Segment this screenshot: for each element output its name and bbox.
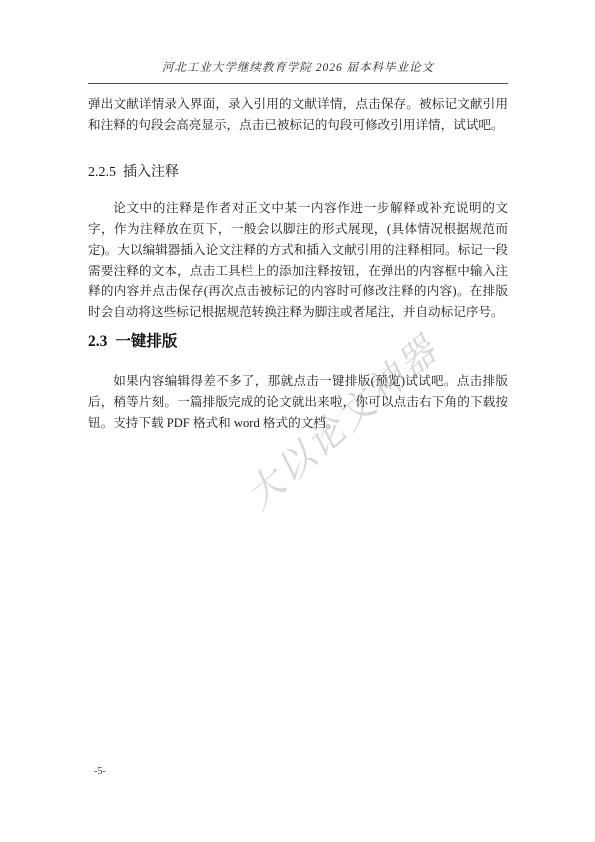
- document-page: 大以论文神器 河北工业大学继续教育学院 2026 届本科毕业论文 弹出文献详情录…: [0, 0, 595, 842]
- page-body: 弹出文献详情录入界面，录入引用的文献详情，点击保存。被标记文献引用和注释的句段会…: [88, 92, 508, 434]
- page-header-title: 河北工业大学继续教育学院 2026 届本科毕业论文: [88, 60, 508, 84]
- section-heading-2-3: 2.3一键排版: [88, 332, 508, 352]
- section-title: 插入注释: [123, 165, 179, 180]
- paragraph-insert-annotation: 论文中的注释是作者对正文中某一内容作进一步解释或补充说明的文字，作为注释放在页下…: [88, 198, 508, 323]
- paragraph-one-click-typeset: 如果内容编辑得差不多了，那就点击一键排版(预览)试试吧。点击排版后，稍等片刻。一…: [88, 371, 508, 434]
- section-number: 2.3: [88, 333, 107, 350]
- section-number: 2.2.5: [88, 165, 116, 180]
- paragraph-citation-details: 弹出文献详情录入界面，录入引用的文献详情，点击保存。被标记文献引用和注释的句段会…: [88, 94, 508, 136]
- section-heading-2-2-5: 2.2.5插入注释: [88, 164, 508, 182]
- section-title: 一键排版: [115, 333, 177, 350]
- page-number: -5-: [94, 766, 106, 777]
